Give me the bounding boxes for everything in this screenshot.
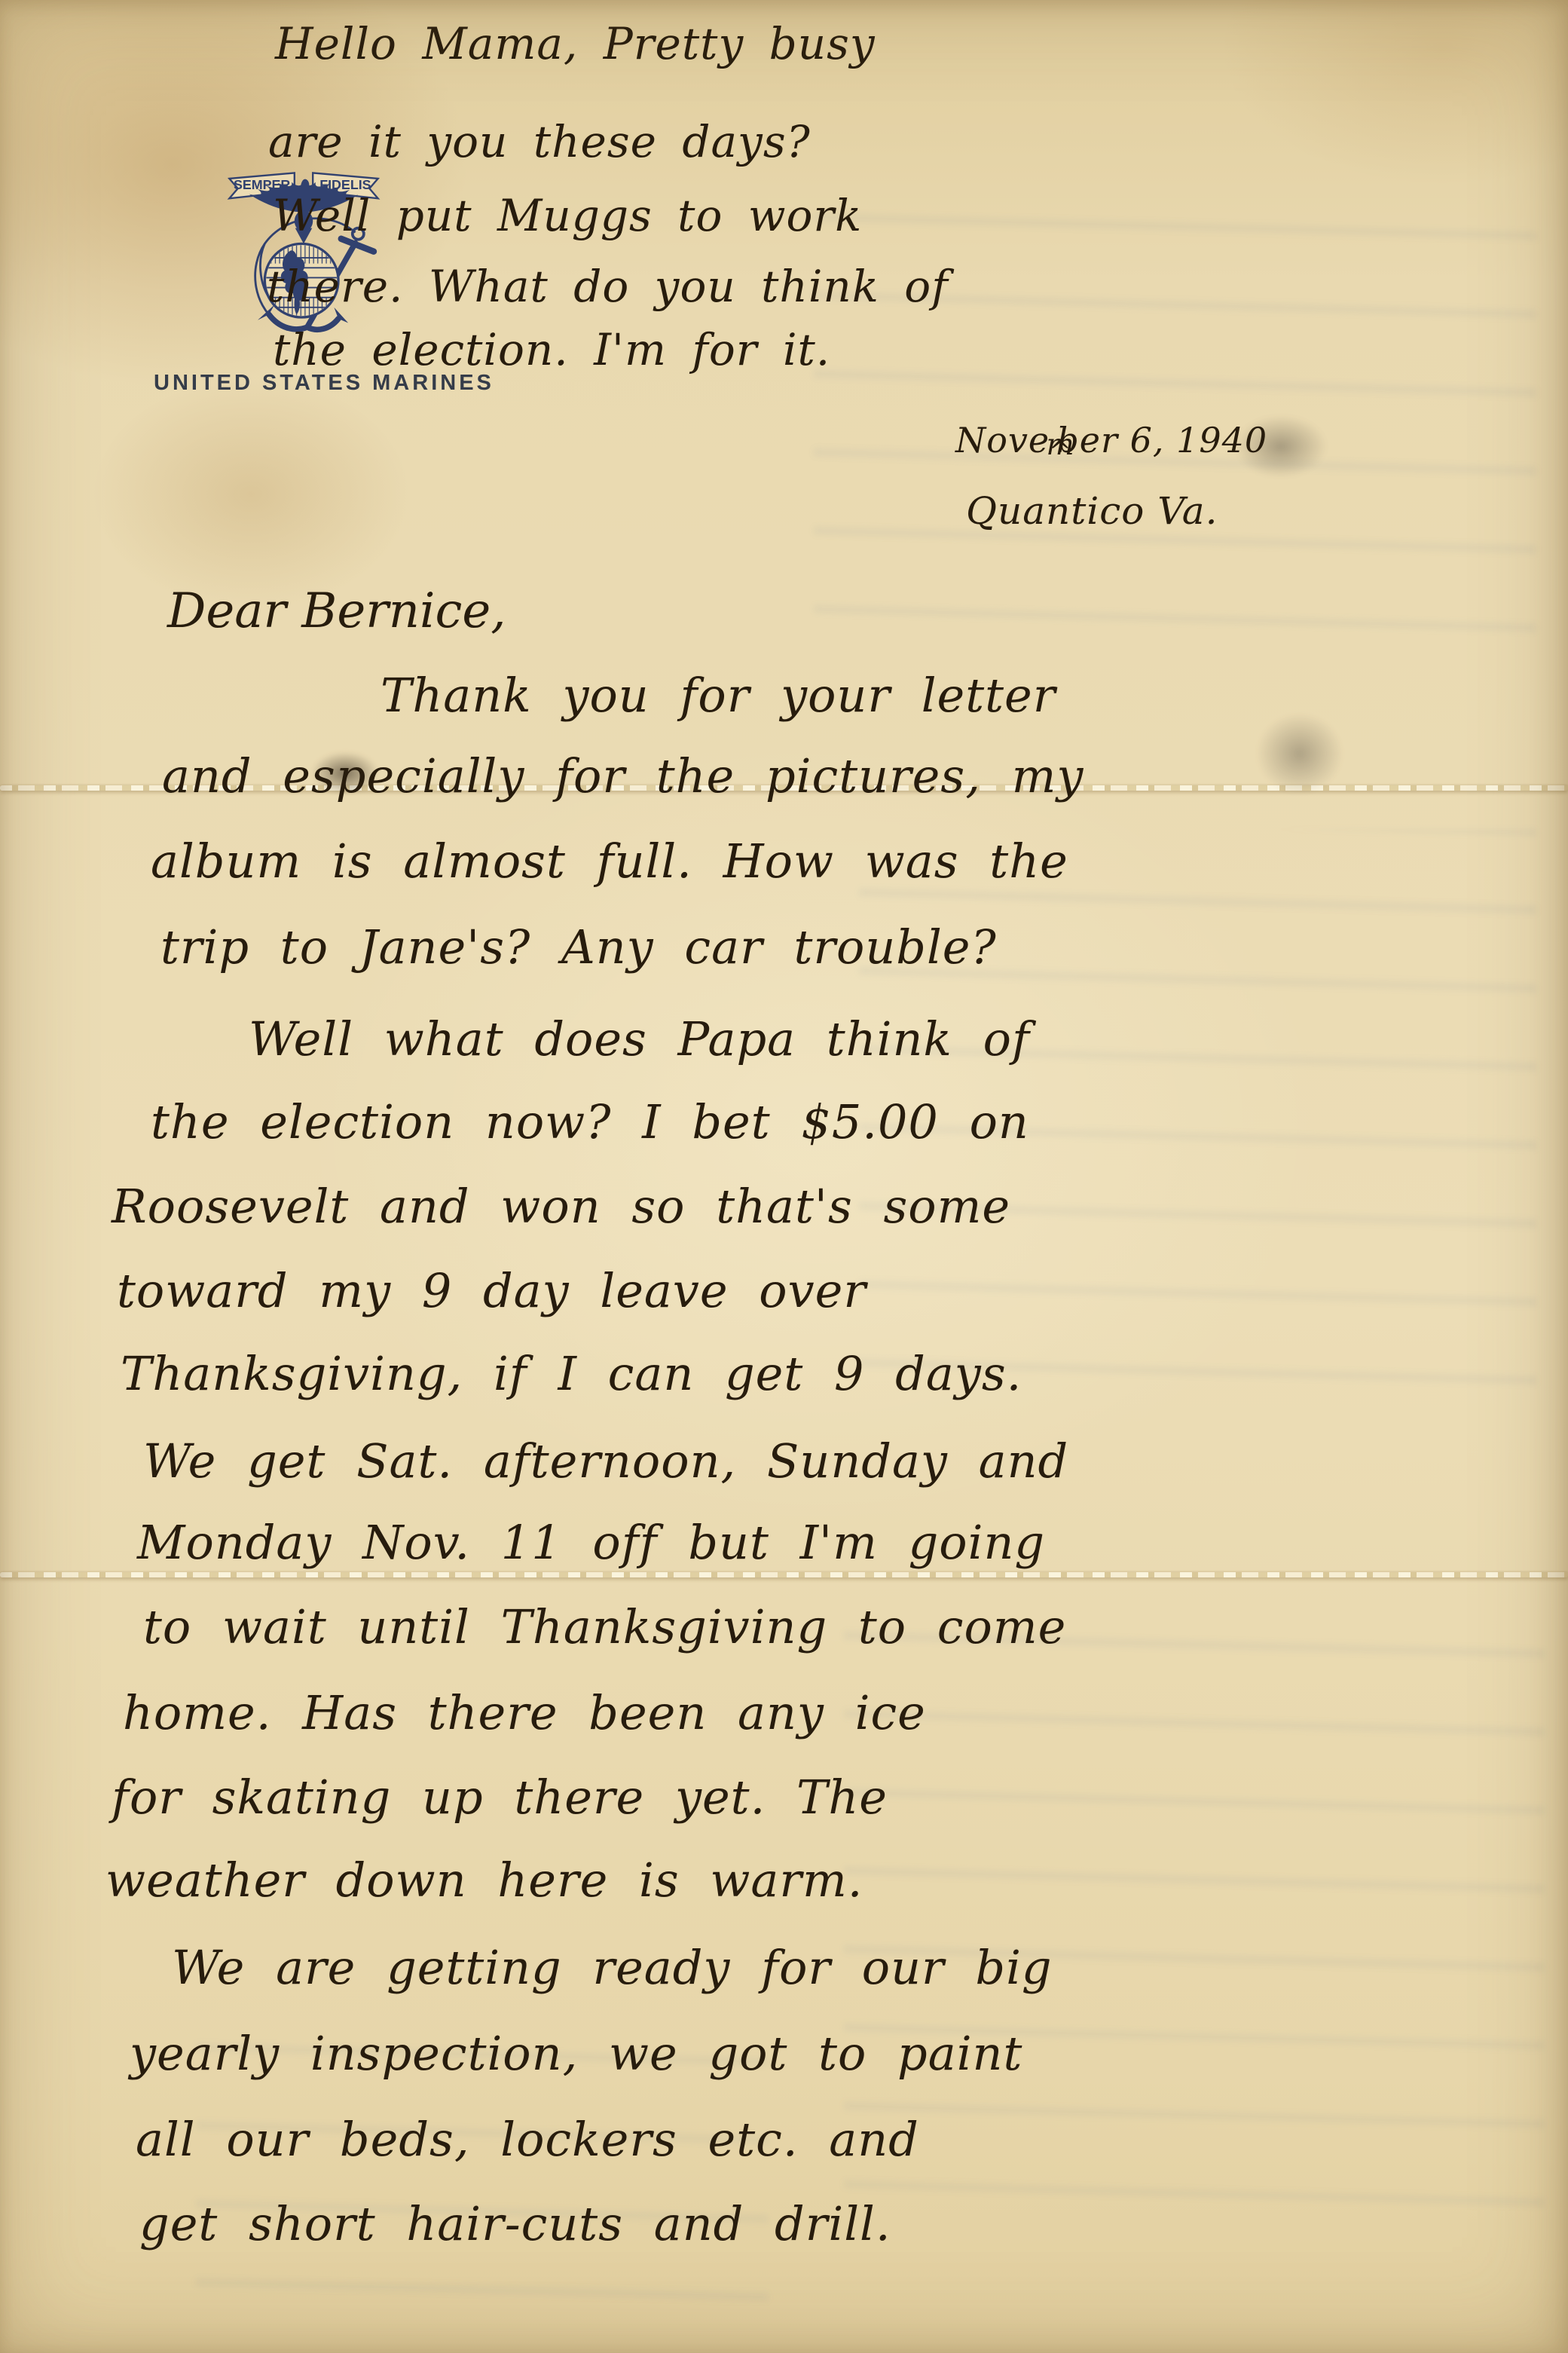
margin-note-line: there. What do you think of <box>267 264 949 310</box>
letter-line: the election now? I bet $5.00 on <box>151 1097 1029 1146</box>
salutation: Dear Bernice, <box>167 586 506 637</box>
letter-line: home. Has there been any ice <box>123 1688 926 1737</box>
dateline-place: Quantico Va. <box>966 491 1218 531</box>
bleedthrough-ghost <box>814 181 1537 648</box>
letter-line: and especially for the pictures, my <box>162 751 1084 800</box>
letter-line: Monday Nov. 11 off but I'm going <box>137 1518 1045 1567</box>
letter-line: We are getting ready for our big <box>172 1943 1053 1992</box>
letter-line: Thanksgiving, if I can get 9 days. <box>121 1349 1022 1398</box>
fold-crease-lower <box>0 1572 1568 1577</box>
letter-line: toward my 9 day leave over <box>117 1266 867 1315</box>
letter-line: get short hair-cuts and drill. <box>139 2199 891 2248</box>
letter-line: yearly inspection, we got to paint <box>130 2029 1022 2078</box>
letter-line: to wait until Thanksgiving to come <box>143 1602 1066 1651</box>
letter-line: weather down here is warm. <box>105 1856 863 1905</box>
dateline-date: Novem^ber 6, 1940 <box>955 422 1267 458</box>
letter-line: Thank you for your letter <box>381 671 1056 720</box>
letter-page: SEMPER FIDELIS <box>0 0 1568 2353</box>
letter-line: Roosevelt and won so that's some <box>112 1182 1010 1231</box>
margin-note-line: the election. I'm for it. <box>273 327 830 373</box>
date-rest: ber 6, 1940 <box>1056 420 1267 461</box>
ink-smudge <box>1239 697 1360 810</box>
margin-note-line: Hello Mama, Pretty busy <box>275 21 876 67</box>
margin-note-line: Well put Muggs to work <box>273 193 862 239</box>
letter-line: We get Sat. afternoon, Sunday and <box>143 1437 1068 1486</box>
letter-line: Well what does Papa think of <box>249 1014 1030 1063</box>
date-month-prefix: Nove <box>955 420 1050 461</box>
letter-line: all our beds, lockers etc. and <box>136 2115 919 2164</box>
letter-line: for skating up there yet. The <box>112 1773 888 1822</box>
bleedthrough-ghost <box>844 1620 1545 2223</box>
margin-note-line: are it you these days? <box>268 119 811 165</box>
letter-line: trip to Jane's? Any car trouble? <box>160 923 997 971</box>
letter-line: album is almost full. How was the <box>151 837 1068 886</box>
